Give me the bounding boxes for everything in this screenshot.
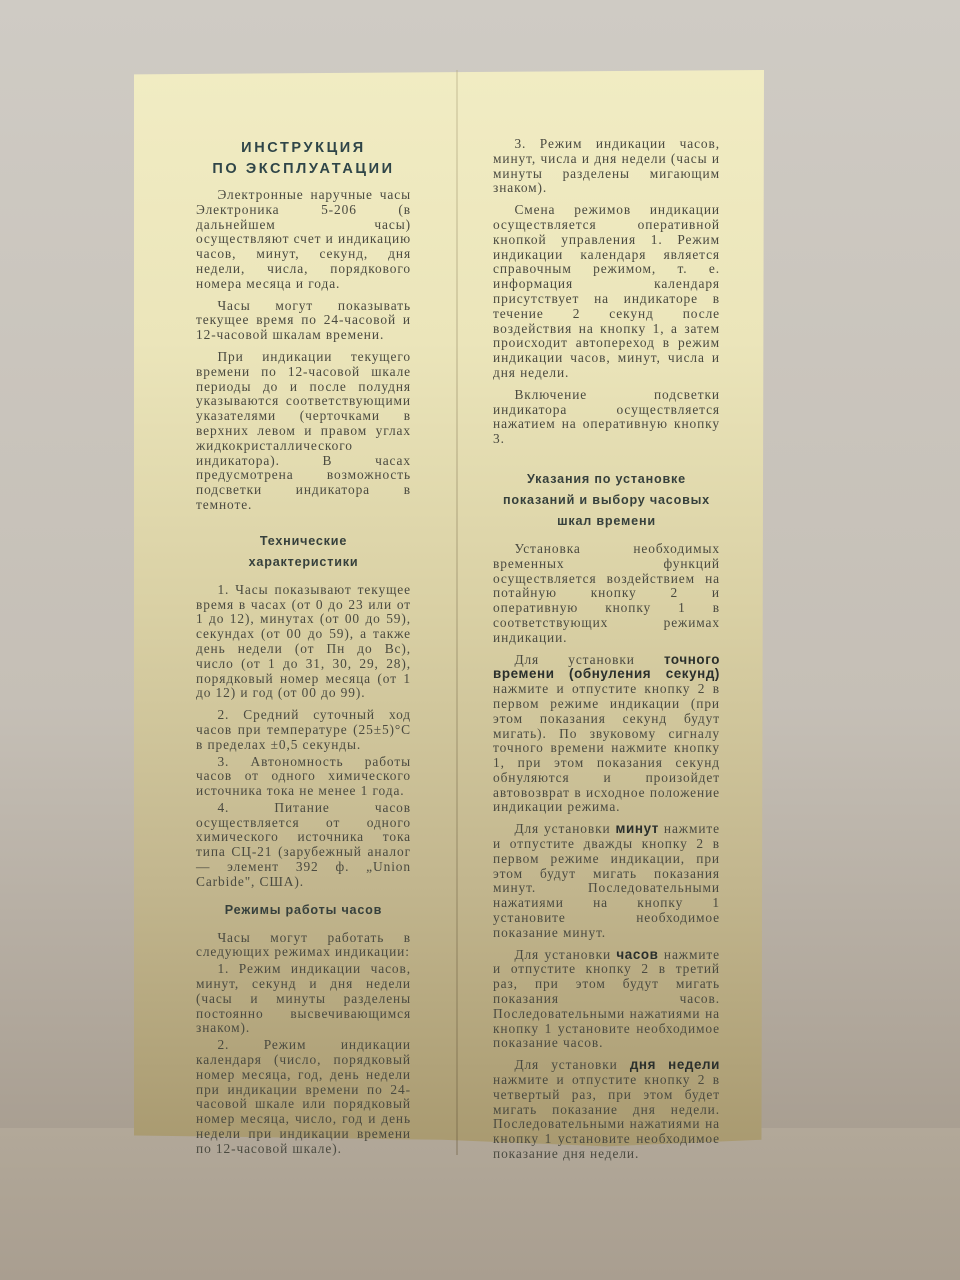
- heading-line: показаний и выбору часовых: [493, 490, 720, 511]
- step-text: нажмите и отпустите дважды кнопку 2 в пе…: [493, 821, 720, 940]
- modes-heading: Режимы работы часов: [196, 900, 411, 921]
- setup-step: Для установки дня недели нажмите и отпус…: [493, 1058, 720, 1162]
- step-text: нажмите и отпустите кнопку 2 в четвертый…: [493, 1072, 720, 1161]
- spec-item: 2. Средний суточный ход часов при темпер…: [196, 708, 411, 752]
- modes-paragraph: Смена режимов индикации осуществляется о…: [493, 203, 720, 381]
- step-text: нажмите и отпустите кнопку 2 в третий ра…: [493, 947, 720, 1051]
- left-column: ИНСТРУКЦИЯ ПО ЭКСПЛУАТАЦИИ Электронные н…: [196, 138, 411, 1164]
- step-text: нажмите и отпустите кнопку 2 в первом ре…: [493, 681, 720, 814]
- table-surface: [0, 1128, 960, 1280]
- modes-paragraph: 3. Режим индикации часов, минут, числа и…: [493, 137, 720, 196]
- step-text: Для установки: [514, 652, 664, 667]
- step-text: Для установки: [514, 1057, 629, 1072]
- intro-paragraph: При индикации текущего времени по 12-час…: [196, 350, 411, 513]
- heading-line: шкал времени: [493, 511, 720, 532]
- title-line-1: ИНСТРУКЦИЯ: [196, 138, 411, 159]
- paper-fold-line: [456, 70, 458, 1155]
- setup-step: Для установки точного времени (обнуления…: [493, 653, 720, 816]
- step-text: Для установки: [514, 947, 616, 962]
- setup-step: Для установки часов нажмите и отпустите …: [493, 948, 720, 1052]
- tech-specs-heading: Технические характеристики: [196, 531, 411, 573]
- spec-item: 4. Питание часов осуществляется от одног…: [196, 801, 411, 890]
- heading-line: Технические: [196, 531, 411, 552]
- title-line-2: ПО ЭКСПЛУАТАЦИИ: [196, 159, 411, 180]
- setup-intro: Установка необходимых временных функций …: [493, 542, 720, 646]
- setup-heading: Указания по установке показаний и выбору…: [493, 469, 720, 532]
- modes-paragraph: Включение подсветки индикатора осуществл…: [493, 388, 720, 447]
- heading-line: Указания по установке: [493, 469, 720, 490]
- modes-paragraph: 2. Режим индикации календаря (число, пор…: [196, 1038, 411, 1156]
- intro-paragraph: Электронные наручные часы Электроника 5-…: [196, 188, 411, 292]
- spec-item: 1. Часы показывают текущее время в часах…: [196, 583, 411, 701]
- step-keyword: дня недели: [630, 1057, 720, 1072]
- step-keyword: минут: [616, 821, 659, 836]
- modes-paragraph: 1. Режим индикации часов, минут, секунд …: [196, 962, 411, 1036]
- step-text: Для установки: [514, 821, 615, 836]
- right-column: 3. Режим индикации часов, минут, числа и…: [493, 137, 720, 1169]
- modes-paragraph: Часы могут работать в следующих режимах …: [196, 931, 411, 961]
- heading-line: характеристики: [196, 552, 411, 573]
- spec-item: 3. Автономность работы часов от одного х…: [196, 755, 411, 799]
- setup-step: Для установки минут нажмите и отпустите …: [493, 822, 720, 940]
- step-keyword: часов: [616, 947, 658, 962]
- document-title: ИНСТРУКЦИЯ ПО ЭКСПЛУАТАЦИИ: [196, 138, 411, 180]
- intro-paragraph: Часы могут показывать текущее время по 2…: [196, 299, 411, 343]
